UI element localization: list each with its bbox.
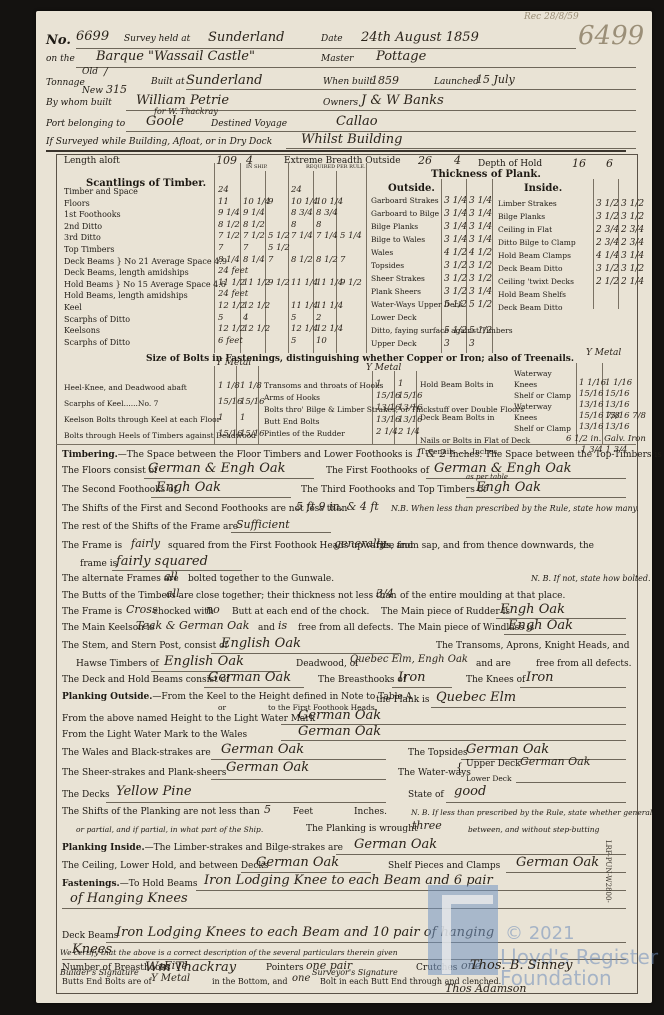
scantling-value: 7 1/2	[218, 231, 240, 241]
outside-plank-label: Lower Deck	[371, 313, 417, 322]
inside-plank-label: Ditto Bilge to Clamp	[498, 238, 576, 247]
scantling-label: Keelsons	[64, 326, 100, 335]
bolt-ship: 13/16	[579, 422, 604, 432]
scantling-value: 8 1/2	[243, 220, 265, 230]
fastenings-line: Fastenings.—To Hold Beams	[62, 879, 198, 889]
inside-plank-ship: 2 3/4	[596, 225, 619, 235]
outside-plank-label: Sheer Strakes	[371, 274, 425, 283]
outside-title: Outside.	[388, 183, 435, 194]
timbering-heading: Timbering.	[62, 450, 118, 460]
scantling-value: 5	[218, 313, 223, 323]
frame-squared-value: fairly	[131, 537, 160, 550]
required-per-rule-head: REQUIRED PER RULE.	[306, 164, 366, 170]
outside-plank-ship: 5 1/2	[444, 326, 467, 336]
scantling-value: 8 1/4	[218, 255, 240, 265]
chock-butt-value: no	[206, 603, 220, 616]
outside-plank-label: Plank Sheers	[371, 287, 421, 296]
frame-label: The Frame is	[62, 541, 122, 551]
master-value: Pottage	[376, 49, 426, 64]
planking-shifts-label: The Shifts of the Planking are not less …	[62, 807, 260, 817]
bolt-group-label: Hold Beam Bolts in	[420, 380, 493, 389]
bolts-title: Size of Bolts in Fastenings, distinguish…	[146, 354, 574, 364]
scantling-value: 8 1/2	[291, 255, 313, 265]
plank-title: Thickness of Plank.	[431, 169, 541, 180]
by-whom-built-label: By whom built	[46, 98, 112, 108]
hawse-value: English Oak	[164, 654, 244, 669]
outside-plank-rule: 3 1/2	[469, 261, 492, 271]
scantling-value: 8 1/2	[316, 255, 338, 265]
foothook-shifts-value: 5 ft 9 in. & 4 ft	[296, 500, 379, 513]
bolt-rule: 13/16	[605, 422, 630, 432]
inside-plank-ship: 2 3/4	[596, 238, 619, 248]
hawse-label: Hawse Timbers of	[76, 659, 159, 669]
scantling-label: 1st Foothooks	[64, 210, 121, 219]
scantling-label: Scarphs of Ditto	[64, 315, 130, 324]
pencil-received-note: Rec 28/8/59	[524, 12, 579, 22]
plank-is-label: the Plank is	[376, 695, 430, 705]
surveyed-while-value: Whilst Building	[301, 132, 403, 147]
scantling-label: 2nd Ditto	[64, 222, 102, 231]
scantling-value: 10 1/4	[291, 197, 318, 207]
scantling-label: Hold Beams, length amidships	[64, 291, 188, 300]
topsides-label: The Topsides	[408, 748, 468, 758]
outside-plank-label: Upper Deck	[371, 339, 417, 348]
scantling-label: 3rd Ditto	[64, 233, 101, 242]
new-tonnage-label: New	[82, 86, 103, 96]
bolt-label: Keelson Bolts through Keel at each Floor	[64, 415, 220, 424]
scantling-value: 9 1/4	[243, 208, 265, 218]
bolt-ship: 13/16	[376, 403, 401, 413]
number-value: 6699	[76, 29, 109, 44]
outside-plank-ship: 3 1/4	[444, 222, 467, 232]
when-built-label: When built	[323, 77, 373, 87]
launched-label: Launched	[434, 77, 479, 87]
inside-plank-rule: 3 1/2	[621, 264, 644, 274]
alternate-frames-note: N. B. If not, state how bolted.	[531, 574, 651, 583]
outside-plank-label: Bilge Planks	[371, 222, 418, 231]
breasthooks-value: Iron	[398, 670, 426, 685]
outside-plank-rule: 3	[469, 339, 475, 349]
scantling-value: 10 1/4	[243, 197, 270, 207]
scantling-value: 9 1/2	[268, 278, 290, 288]
survey-document-page: No. 6699 Survey held at Sunderland Date …	[36, 11, 652, 1003]
pencil-number: 6499	[578, 21, 644, 51]
depth-label: Depth of Hold	[478, 159, 542, 169]
breasthooks-label: The Breasthooks of	[318, 675, 406, 685]
scantling-label: Scarphs of Ditto	[64, 338, 130, 347]
wales-value: German Oak	[221, 742, 304, 757]
hold-beams-value-2: of Hanging Knees	[70, 891, 188, 906]
sheer-label: The Sheer-strakes and Plank-sheers	[62, 768, 226, 778]
deck-beams-label: Deck Beams	[62, 931, 118, 941]
scantling-label: Keel	[64, 303, 82, 312]
outside-plank-ship: 3 1/4	[444, 209, 467, 219]
owners-label: Owners	[323, 98, 358, 108]
frame-below-value: fairly squared	[116, 554, 208, 569]
built-at-label: Built at	[151, 77, 185, 87]
scantling-value: 24	[291, 185, 302, 195]
outside-plank-rule: 5 1/2	[469, 326, 492, 336]
scantling-value: 11 1/4	[316, 301, 343, 311]
scantling-value: 8 1/2	[218, 220, 240, 230]
date-label: Date	[321, 34, 343, 44]
state-label: State of	[408, 790, 444, 800]
scantling-value: 7 1/4	[291, 231, 313, 241]
inside-plank-label: Deck Beam Ditto	[498, 264, 562, 273]
deadwood-value: Quebec Elm, Engh Oak	[350, 654, 468, 665]
scantling-label: Deck Beams } No 21 Average Space 4.9	[64, 257, 227, 266]
scantling-value: 6 feet	[218, 336, 243, 346]
ceiling-label: The Ceiling, Lower Hold, and between Dec…	[62, 861, 269, 871]
bolt-rule: 15/16	[240, 429, 265, 439]
wales-label: The Wales and Black-strakes are	[62, 748, 211, 758]
inside-plank-rule: 2 3/4	[621, 238, 644, 248]
scantling-label: Floors	[64, 199, 90, 208]
bolts-metal-note-right: Y Metal	[586, 348, 621, 358]
scantling-value: 24 feet	[218, 289, 248, 299]
floor-space-value: 1 & 2	[416, 447, 447, 460]
scantling-value: 8	[291, 220, 296, 230]
inside-plank-rule: 3 1/4	[621, 251, 644, 261]
outside-plank-label: Garboard Strakes	[371, 196, 439, 205]
planking-inside-heading: Planking Inside.	[62, 843, 145, 853]
second-foothooks-value: Engh Oak	[156, 480, 221, 495]
bolt-rule: 13/16	[398, 403, 423, 413]
scantling-value: 2	[316, 313, 321, 323]
pointers-label: Pointers	[266, 963, 304, 973]
third-foothooks-value: Engh Oak	[476, 480, 541, 495]
inside-plank-rule: 2 1/4	[621, 277, 644, 287]
stem-label: The Stem, and Stern Post, consist of	[62, 641, 228, 651]
bolt-rule: 15/16 7/8	[605, 411, 646, 421]
scantling-value: 24 feet	[218, 266, 248, 276]
scantling-value: 11 1/2	[243, 278, 270, 288]
length-feet: 109	[216, 154, 237, 167]
scantling-value: 11 1/4	[291, 301, 318, 311]
bolt-label: Heel-Knee, and Deadwood abaft	[64, 383, 187, 392]
bolt-ship: 1	[376, 379, 381, 389]
outside-plank-label: Wales	[371, 248, 393, 257]
inside-plank-ship: 2 1/2	[596, 277, 619, 287]
outside-plank-label: Bilge to Wales	[371, 235, 425, 244]
bolt-rule: 13/16	[605, 400, 630, 410]
floors-label: The Floors consist of	[62, 466, 157, 476]
keelson-value: Teak & German Oak	[136, 619, 249, 632]
waterways-upper-label: Upper Deck	[466, 759, 521, 769]
butts-value: all	[166, 587, 180, 600]
built-at-value: Sunderland	[186, 73, 262, 88]
rest-shifts-value: Sufficient	[236, 518, 290, 531]
scantling-value: 5 1/2	[268, 231, 290, 241]
launched-value: 15 July	[476, 73, 515, 86]
scantling-value: 7	[268, 255, 273, 265]
scantling-value: 9	[268, 197, 273, 207]
outside-plank-ship: 3 1/2	[444, 287, 467, 297]
scantling-value: 12 1/4	[316, 324, 343, 334]
port-label: Port belonging to	[46, 119, 125, 129]
decks-label: The Decks	[62, 790, 110, 800]
bolts-metal-note-left: Y Metal	[216, 358, 251, 368]
bolt-ship: 1	[218, 413, 223, 423]
scantling-label: Timber and Space	[64, 187, 138, 196]
chock-label: The Frame is	[62, 607, 122, 617]
scantling-value: 10 1/4	[316, 197, 343, 207]
scantling-label: Top Timbers	[64, 245, 114, 254]
inside-plank-ship: 3 1/2	[596, 264, 619, 274]
bolt-label: Knees	[514, 413, 537, 422]
first-foothooks-label: The First Foothooks of	[326, 466, 429, 476]
fastenings-heading: Fastenings.	[62, 879, 120, 889]
bolt-ship: 15/16	[218, 397, 243, 407]
outside-plank-ship: 3 1/4	[444, 235, 467, 245]
scantling-value: 4	[243, 313, 248, 323]
bolt-rule: 1	[240, 413, 245, 423]
bolt-ship: 13/16	[376, 415, 401, 425]
scantling-value: 7	[340, 255, 345, 265]
waterways-upper-value: German Oak	[520, 755, 590, 768]
bolt-rule: 1 1/16	[605, 378, 632, 388]
owners-value: J & W Banks	[361, 93, 444, 108]
wales-from-value: German Oak	[298, 724, 381, 739]
bolt-label: Butt End Bolts	[264, 417, 320, 426]
date-value: 24th August 1859	[361, 30, 479, 45]
bolt-rule: 1	[398, 379, 403, 389]
stem-value: English Oak	[221, 636, 301, 651]
scantling-value: 11	[218, 197, 229, 207]
scantling-value: 11 1/4	[291, 278, 318, 288]
on-the-label: on the	[46, 54, 75, 64]
rudder-label: The Main piece of Rudder is	[381, 607, 510, 617]
survey-held-label: Survey held at	[124, 34, 190, 44]
bolt-rule: 15/16	[240, 397, 265, 407]
outside-plank-ship: 4 1/2	[444, 248, 467, 258]
knees-label: The Knees of	[466, 675, 525, 685]
inside-plank-label: Limber Strakes	[498, 199, 557, 208]
bolt-rule: 1 1/8	[240, 381, 262, 391]
bolt-ship: 1 1/16	[579, 378, 606, 388]
outside-plank-rule: 3 1/4	[469, 196, 492, 206]
scantling-value: 12 1/2	[218, 301, 245, 311]
decks-value: Yellow Pine	[116, 784, 192, 799]
surveyor-signature: Thos. B. Sinney	[470, 958, 572, 973]
beams-label: The Deck and Hold Beams consist of	[62, 675, 229, 685]
rest-shifts-label: The rest of the Shifts of the Frame are	[62, 522, 238, 532]
nails-value: 6 1/2 in. Galv. Iron	[566, 434, 646, 444]
bolt-label: Shelf or Clamp	[514, 391, 571, 400]
outside-plank-rule: 3 1/2	[469, 274, 492, 284]
scantling-value: 5	[291, 313, 296, 323]
when-built-value: 1859	[371, 74, 399, 87]
bolt-ship: 2 1/4	[376, 427, 398, 437]
margin-reference: LRF-PUN-W2800-	[604, 840, 612, 903]
outside-plank-label: Garboard to Bilge	[371, 209, 439, 218]
scantling-value: 10	[316, 336, 327, 346]
foothook-shifts-note: N.B. When less than prescribed by the Ru…	[391, 504, 639, 513]
outside-plank-ship: 5 1/2	[444, 300, 467, 310]
scantling-value: 5	[291, 336, 296, 346]
certify-text: We certify that the above is a correct d…	[60, 948, 398, 957]
vessel-name: Barque "Wassail Castle"	[96, 49, 255, 64]
inside-title: Inside.	[524, 183, 562, 194]
depth-feet: 16	[572, 157, 586, 170]
scantling-value: 12 1/2	[243, 301, 270, 311]
survey-place: Sunderland	[208, 30, 284, 45]
bolt-label: Shelf or Clamp	[514, 424, 571, 433]
port-value: Goole	[146, 114, 184, 129]
scantling-value: 8 3/4	[291, 208, 313, 218]
builder-signature: Wm Thackray	[145, 960, 236, 975]
planking-inside-line: Planking Inside.—The Limber-strakes and …	[62, 843, 343, 853]
planking-outside-heading: Planking Outside.	[62, 692, 152, 702]
inside-plank-label: Ceiling 'twixt Decks	[498, 277, 574, 286]
knees-value: Iron	[526, 670, 554, 685]
inside-plank-label: Hold Beam Clamps	[498, 251, 571, 260]
beams-value: German Oak	[208, 670, 291, 685]
bolt-ship: 1 1/8	[218, 381, 240, 391]
floors-value: German & Engh Oak	[148, 461, 286, 476]
in-ship-head: IN SHIP.	[246, 164, 268, 170]
shelf-label: Shelf Pieces and Clamps	[388, 861, 500, 871]
bolt-label: Pintles of the Rudder	[264, 429, 345, 438]
scantling-value: 11 1/2	[218, 278, 245, 288]
outside-plank-ship: 3 1/4	[444, 196, 467, 206]
scantling-value: 9 1/2	[340, 278, 362, 288]
inside-plank-rule: 3 1/2	[621, 199, 644, 209]
inside-plank-rule: 2 3/4	[621, 225, 644, 235]
alternate-frames-value: all	[164, 570, 178, 583]
scantling-value: 5 1/2	[268, 243, 290, 253]
outside-plank-rule: 3 1/4	[469, 209, 492, 219]
scantling-value: 7	[218, 243, 223, 253]
bolt-group-label: Deck Beam Bolts in	[420, 413, 494, 422]
timbering-line-1: Timbering.—The Space between the Floor T…	[62, 447, 664, 460]
butts-thickness-value: 3/4	[376, 587, 394, 600]
sheer-value: German Oak	[226, 760, 309, 775]
outside-plank-rule: 3 1/4	[469, 287, 492, 297]
scantling-value: 7	[243, 243, 248, 253]
third-foothooks-label: The Third Foothooks and Top Timbers of	[301, 485, 487, 495]
outside-plank-label: Topsides	[371, 261, 404, 270]
outside-plank-ship: 3 1/2	[444, 261, 467, 271]
old-tonnage-value: /	[104, 65, 108, 78]
inside-plank-label: Deck Beam Ditto	[498, 303, 562, 312]
by-whom-built-value: William Petrie	[136, 93, 229, 108]
scantling-label: Hold Beams } No 15 Average Space 4.6	[64, 280, 226, 289]
inside-plank-rule: 3 1/2	[621, 212, 644, 222]
waterways-lower-label: Lower Deck	[466, 774, 512, 783]
scantling-value: 12 1/2	[243, 324, 270, 334]
surveyor-signature-label: Surveyor's Signature	[312, 968, 398, 977]
breadth-feet: 26	[418, 154, 432, 167]
ceiling-value: German Oak	[256, 855, 339, 870]
breadth-inches: 4	[454, 154, 461, 167]
bolt-label: Waterway	[514, 402, 552, 411]
limber-value: German Oak	[354, 837, 437, 852]
inside-plank-ship: 4 1/4	[596, 251, 619, 261]
scantling-value: 8 3/4	[316, 208, 338, 218]
outside-plank-rule: 3 1/4	[469, 235, 492, 245]
scantling-value: 7 1/4	[316, 231, 338, 241]
inside-plank-ship: 3 1/2	[596, 212, 619, 222]
plank-is-value: Quebec Elm	[436, 690, 516, 705]
scantling-value: 8	[316, 220, 321, 230]
bolt-rule: 2 1/4	[398, 427, 420, 437]
bolt-label: Transoms and throats of Hooks	[264, 381, 383, 390]
light-water-value: German Oak	[298, 708, 381, 723]
scantling-value: 7 1/2	[243, 231, 265, 241]
new-tonnage-value: 315	[106, 83, 127, 96]
inside-plank-label: Bilge Planks	[498, 212, 545, 221]
surveyor-signature-2: Thos Adamson	[445, 982, 527, 995]
wrought-label: The Planking is wrought	[306, 824, 418, 834]
tonnage-label: Tonnage	[46, 78, 85, 88]
planking-shifts-feet: 5	[264, 803, 271, 816]
inside-plank-label: Ceiling in Flat	[498, 225, 552, 234]
outside-plank-ship: 3 1/2	[444, 274, 467, 284]
destined-voyage-value: Callao	[336, 114, 378, 129]
scantling-value: 12 1/2	[218, 324, 245, 334]
bolt-label: Arms of Hooks	[264, 393, 320, 402]
scantling-value: 9 1/4	[218, 208, 240, 218]
state-value: good	[454, 784, 486, 799]
bolt-label: Waterway	[514, 369, 552, 378]
outside-plank-rule: 3 1/4	[469, 222, 492, 232]
windlass-value: Engh Oak	[508, 618, 573, 633]
scantling-value: 5 1/4	[340, 231, 362, 241]
length-aloft-label: Length aloft	[64, 156, 120, 166]
light-water-label: From the above named Height to the Light…	[62, 714, 315, 724]
master-label: Master	[321, 54, 353, 64]
outside-plank-rule: 5 1/2	[469, 300, 492, 310]
bolt-ship: 15/16	[579, 389, 604, 399]
rudder-value: Engh Oak	[500, 602, 565, 617]
brace: {	[456, 761, 463, 774]
bolt-rule: 15/16	[605, 389, 630, 399]
outside-plank-rule: 4 1/2	[469, 248, 492, 258]
planking-outside-line: Planking Outside.—From the Keel to the H…	[62, 692, 412, 702]
alternate-frames-label: The alternate Frames are	[62, 574, 179, 584]
bolt-label: Knees	[514, 380, 537, 389]
scantling-label: Deck Beams, length amidships	[64, 268, 189, 277]
scantling-value: 24	[218, 185, 229, 195]
destined-voyage-label: Destined Voyage	[211, 119, 287, 129]
shelf-value: German Oak	[516, 855, 599, 870]
old-tonnage-label: Old	[82, 67, 98, 77]
bolt-label: Scarphs of Keel......No. 7	[64, 399, 158, 408]
scantling-value: 12 1/4	[291, 324, 318, 334]
wrought-value: three	[412, 819, 442, 832]
inside-plank-ship: 3 1/2	[596, 199, 619, 209]
bolt-ship: 15/16	[218, 429, 243, 439]
wales-from-label: From the Light Water Mark to the Wales	[62, 730, 247, 740]
bolt-rule: 13/16	[398, 415, 423, 425]
bolt-ship: 13/16	[579, 400, 604, 410]
watermark-copyright: © 2021	[505, 923, 575, 944]
bolt-rule: 15/16	[398, 391, 423, 401]
bolt-ship: 15/16	[376, 391, 401, 401]
outside-plank-ship: 3	[444, 339, 450, 349]
scantling-value: 8 1/4	[243, 255, 265, 265]
inside-plank-label: Hold Beam Shelfs	[498, 290, 566, 299]
depth-inches: 6	[606, 157, 613, 170]
number-label: No.	[46, 33, 71, 48]
surveyed-while-label: If Surveyed while Building, Afloat, or i…	[46, 137, 272, 147]
builder-signature-label: Builder's Signature	[60, 968, 139, 977]
